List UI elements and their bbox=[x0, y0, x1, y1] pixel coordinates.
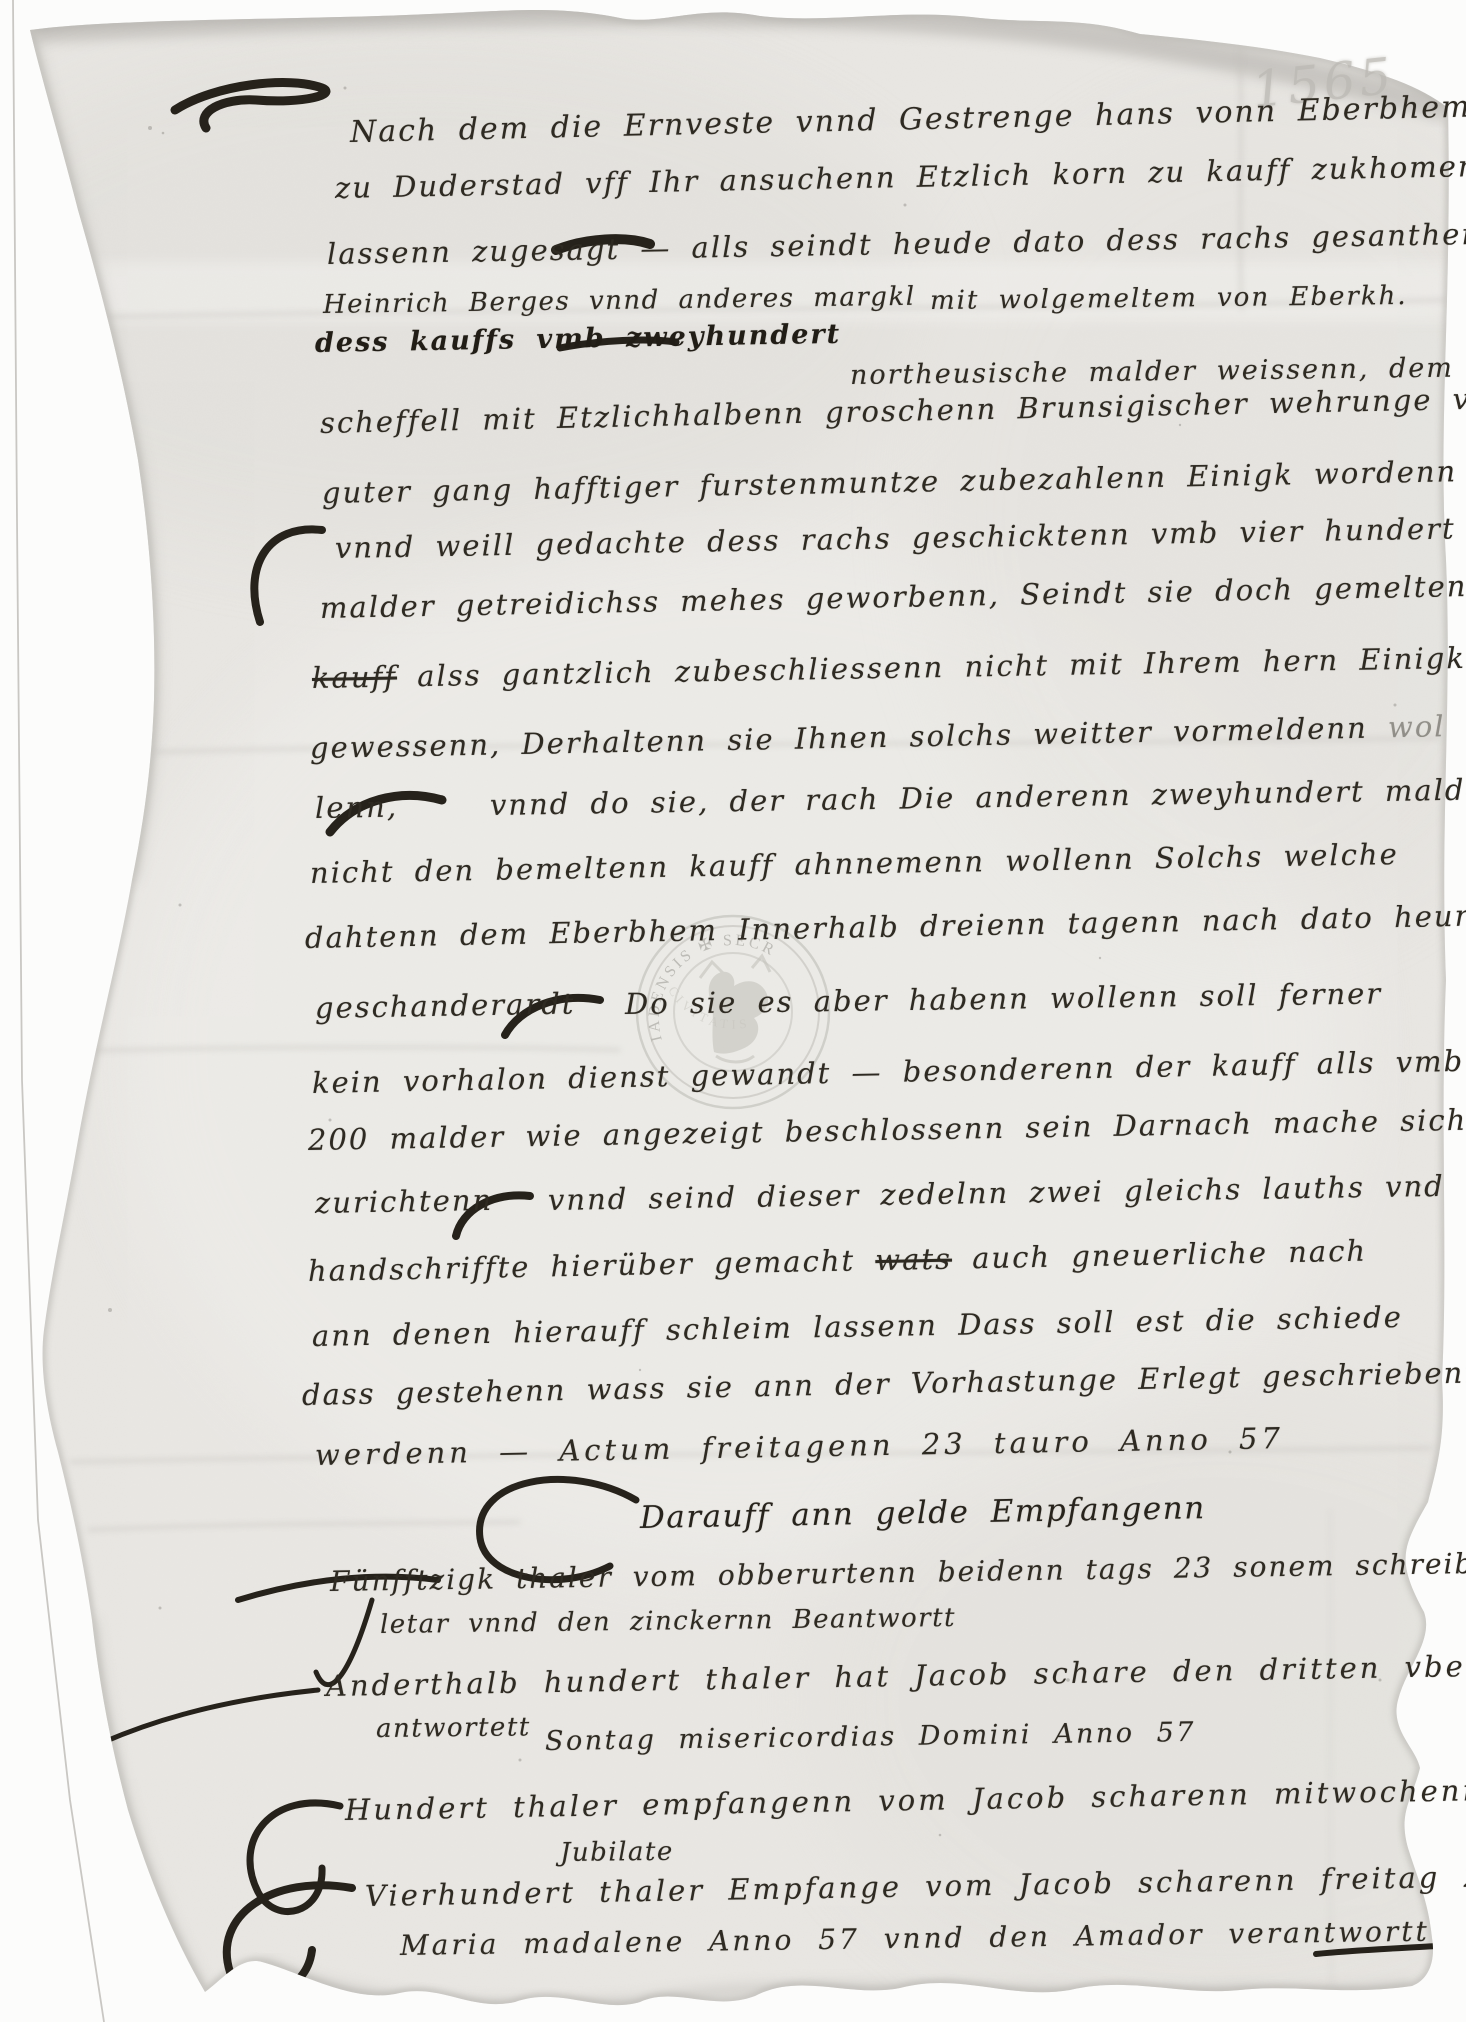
manuscript-line-05-right: mit wolgemeltem von Eberkh. bbox=[930, 283, 1408, 314]
struck-word: wats bbox=[875, 1242, 952, 1277]
scanner-edge-artifact bbox=[13, 0, 104, 2022]
faded-word: wol bbox=[1388, 709, 1446, 744]
manuscript-line-28a: antwortett bbox=[376, 1714, 531, 1742]
manuscript-line-04: Heinrich Berges vnnd anderes margkl bbox=[323, 284, 916, 318]
manuscript-line-30: Jubilate bbox=[560, 1839, 674, 1866]
manuscript-line-26: letar vnnd den zinckernn Beantwortt bbox=[380, 1605, 956, 1638]
manuscript-line-13a: lenn, bbox=[315, 793, 399, 823]
scanned-document-page: IADENSIS ✠ SECR CIVITATIS bbox=[0, 0, 1466, 2022]
manuscript-line-19a: zurichtenn bbox=[315, 1186, 494, 1218]
manuscript-line-16a: geschanderardt bbox=[315, 989, 576, 1023]
struck-word: kauff bbox=[312, 660, 398, 695]
